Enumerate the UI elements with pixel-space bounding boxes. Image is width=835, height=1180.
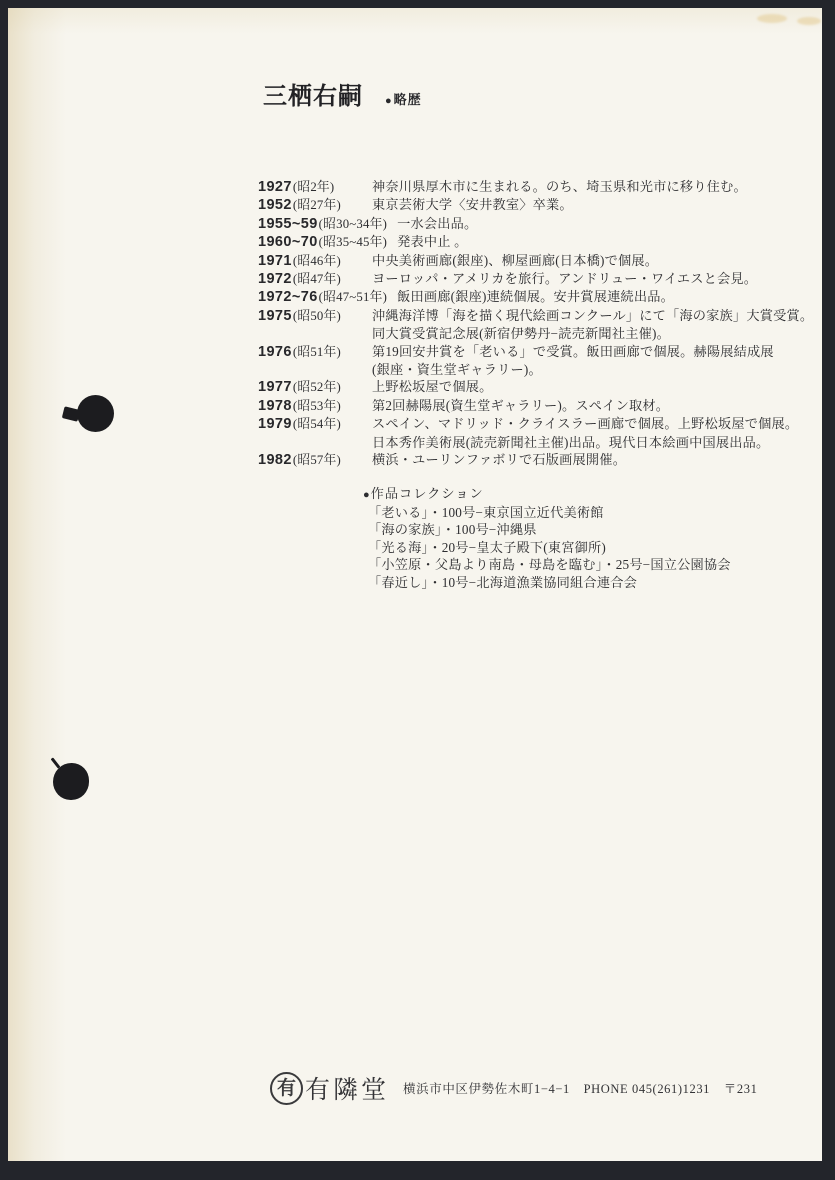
chronology-text: 東京芸術大学〈安井教室〉卒業。 — [372, 196, 573, 213]
year-number: 1977 — [258, 379, 292, 396]
punch-hole-mark — [77, 395, 114, 432]
year-era: (昭57年) — [293, 452, 341, 469]
chronology-text: 神奈川県厚木市に生まれる。のち、埼玉県和光市に移り住む。 — [372, 178, 747, 195]
year-era: (昭50年) — [293, 308, 341, 325]
artist-name: 三栖右嗣 — [263, 76, 363, 111]
collection-item: 「小笠原・父島より南島・母島を臨む」・25号−国立公園協会 — [363, 556, 818, 573]
chronology-text: 上野松坂屋で個展。 — [372, 378, 493, 395]
year-era: (昭27年) — [293, 197, 341, 214]
year-cell: 1927(昭2年) — [258, 179, 362, 196]
year-cell: 1960~70(昭35~45年) — [258, 234, 387, 251]
year-cell: 1977(昭52年) — [258, 379, 362, 396]
chronology-text: (銀座・資生堂ギャラリー)。 — [372, 361, 542, 378]
chronology-text: 日本秀作美術展(読売新聞社主催)出品。現代日本絵画中国展出品。 — [372, 434, 769, 451]
chronology-row-continuation: 同大賞受賞記念展(新宿伊勢丹−読売新聞社主催)。 — [258, 325, 818, 342]
collection-header: ● 作品コレクション — [363, 485, 818, 504]
year-cell: 1955~59(昭30~34年) — [258, 216, 387, 233]
year-number: 1975 — [258, 308, 292, 325]
year-number: 1955~59 — [258, 216, 318, 233]
collection-item: 「光る海」・20号−皇太子殿下(東宮御所) — [363, 539, 818, 556]
scanned-document: 三栖右嗣 ● 略歴 1927(昭2年) 神奈川県厚木市に生まれる。のち、埼玉県和… — [0, 0, 835, 1180]
chronology-text: 一水会出品。 — [397, 215, 477, 232]
paper: 三栖右嗣 ● 略歴 1927(昭2年) 神奈川県厚木市に生まれる。のち、埼玉県和… — [8, 8, 822, 1161]
publisher-contact: 横浜市中区伊勢佐木町1−4−1 PHONE 045(261)1231 〒231 — [403, 1079, 757, 1097]
year-cell: 1972~76(昭47~51年) — [258, 289, 387, 306]
year-era: (昭52年) — [293, 379, 341, 396]
chronology-text: 中央美術画廊(銀座)、柳屋画廊(日本橋)で個展。 — [372, 252, 658, 269]
paper-stain — [797, 17, 821, 25]
publisher-name: 有隣堂 — [305, 1070, 389, 1106]
section-label: 略歴 — [394, 89, 422, 108]
year-era: (昭46年) — [293, 253, 341, 270]
document-header: 三栖右嗣 ● 略歴 — [263, 76, 422, 111]
year-number: 1978 — [258, 398, 292, 415]
collection-title: 作品コレクション — [371, 485, 484, 502]
year-era: (昭54年) — [293, 416, 341, 433]
year-cell: 1979(昭54年) — [258, 416, 362, 433]
punch-hole-mark — [53, 763, 89, 800]
chronology-row: 1978(昭53年) 第2回赫陽展(資生堂ギャラリー)。スペイン取材。 — [258, 397, 818, 415]
collection-item: 「春近し」・10号−北海道漁業協同組合連合会 — [363, 574, 818, 591]
chronology-text: 横浜・ユーリンファボリで石版画展開催。 — [372, 451, 626, 468]
chronology-text: 飯田画廊(銀座)連続個展。安井賞展連続出品。 — [397, 288, 674, 305]
year-number: 1972 — [258, 271, 292, 288]
year-era: (昭47年) — [293, 271, 341, 288]
year-number: 1960~70 — [258, 234, 318, 251]
year-era: (昭53年) — [293, 398, 341, 415]
chronology-row: 1960~70(昭35~45年) 発表中止 。 — [258, 233, 818, 251]
collection-item: 「海の家族」・100号−沖縄県 — [363, 521, 818, 538]
chronology-row: 1976(昭51年) 第19回安井賞を「老いる」で受賞。飯田画廊で個展。赫陽展結… — [258, 343, 818, 361]
year-number: 1972~76 — [258, 289, 318, 306]
year-cell: 1952(昭27年) — [258, 197, 362, 214]
publisher-phone: PHONE 045(261)1231 — [584, 1082, 710, 1096]
chronology-row-continuation: 日本秀作美術展(読売新聞社主催)出品。現代日本絵画中国展出品。 — [258, 434, 818, 451]
chronology-row: 1971(昭46年) 中央美術画廊(銀座)、柳屋画廊(日本橋)で個展。 — [258, 252, 818, 270]
chronology-text: 第2回赫陽展(資生堂ギャラリー)。スペイン取材。 — [372, 397, 669, 414]
chronology-text: ヨーロッパ・アメリカを旅行。アンドリュー・ワイエスと会見。 — [372, 270, 757, 287]
publisher-address: 横浜市中区伊勢佐木町1−4−1 — [403, 1082, 570, 1096]
chronology-row: 1979(昭54年) スペイン、マドリッド・クライスラー画廊で個展。上野松坂屋で… — [258, 415, 818, 433]
year-number: 1971 — [258, 253, 292, 270]
year-era: (昭47~51年) — [319, 289, 387, 306]
year-cell: 1978(昭53年) — [258, 398, 362, 415]
year-cell: 1971(昭46年) — [258, 253, 362, 270]
paper-stain — [757, 14, 787, 23]
chronology-list: 1927(昭2年) 神奈川県厚木市に生まれる。のち、埼玉県和光市に移り住む。 1… — [258, 178, 818, 591]
chronology-row: 1975(昭50年) 沖縄海洋博「海を描く現代絵画コンクール」にて「海の家族」大… — [258, 307, 818, 325]
year-number: 1952 — [258, 197, 292, 214]
publisher-logo-icon: 有 — [270, 1072, 303, 1105]
year-era: (昭2年) — [293, 179, 335, 196]
publisher-footer: 有 有隣堂 横浜市中区伊勢佐木町1−4−1 PHONE 045(261)1231… — [270, 1070, 757, 1106]
chronology-text: 第19回安井賞を「老いる」で受賞。飯田画廊で個展。赫陽展結成展 — [372, 343, 774, 360]
logo-kanji: 有 — [277, 1079, 296, 1098]
year-cell: 1972(昭47年) — [258, 271, 362, 288]
year-number: 1982 — [258, 452, 292, 469]
year-cell: 1975(昭50年) — [258, 308, 362, 325]
chronology-text: 沖縄海洋博「海を描く現代絵画コンクール」にて「海の家族」大賞受賞。 — [372, 307, 813, 324]
chronology-row: 1972~76(昭47~51年) 飯田画廊(銀座)連続個展。安井賞展連続出品。 — [258, 288, 818, 306]
bullet-icon: ● — [363, 487, 370, 504]
year-cell: 1982(昭57年) — [258, 452, 362, 469]
year-number: 1979 — [258, 416, 292, 433]
year-number: 1927 — [258, 179, 292, 196]
publisher-postal: 〒231 — [724, 1082, 758, 1096]
chronology-row: 1977(昭52年) 上野松坂屋で個展。 — [258, 378, 818, 396]
chronology-text: 発表中止 。 — [397, 233, 467, 250]
chronology-row: 1955~59(昭30~34年) 一水会出品。 — [258, 215, 818, 233]
chronology-row: 1972(昭47年) ヨーロッパ・アメリカを旅行。アンドリュー・ワイエスと会見。 — [258, 270, 818, 288]
chronology-text: スペイン、マドリッド・クライスラー画廊で個展。上野松坂屋で個展。 — [372, 415, 798, 432]
chronology-row: 1927(昭2年) 神奈川県厚木市に生まれる。のち、埼玉県和光市に移り住む。 — [258, 178, 818, 196]
year-cell: 1976(昭51年) — [258, 344, 362, 361]
chronology-row: 1982(昭57年) 横浜・ユーリンファボリで石版画展開催。 — [258, 451, 818, 469]
year-number: 1976 — [258, 344, 292, 361]
section-heading: ● 略歴 — [385, 89, 422, 108]
collection-item: 「老いる」・100号−東京国立近代美術館 — [363, 504, 818, 521]
bullet-icon: ● — [385, 95, 392, 107]
year-era: (昭51年) — [293, 344, 341, 361]
collection-section: ● 作品コレクション 「老いる」・100号−東京国立近代美術館 「海の家族」・1… — [363, 485, 818, 591]
year-era: (昭35~45年) — [319, 234, 387, 251]
chronology-row: 1952(昭27年) 東京芸術大学〈安井教室〉卒業。 — [258, 196, 818, 214]
year-era: (昭30~34年) — [319, 216, 387, 233]
chronology-row-continuation: (銀座・資生堂ギャラリー)。 — [258, 361, 818, 378]
chronology-text: 同大賞受賞記念展(新宿伊勢丹−読売新聞社主催)。 — [372, 325, 670, 342]
